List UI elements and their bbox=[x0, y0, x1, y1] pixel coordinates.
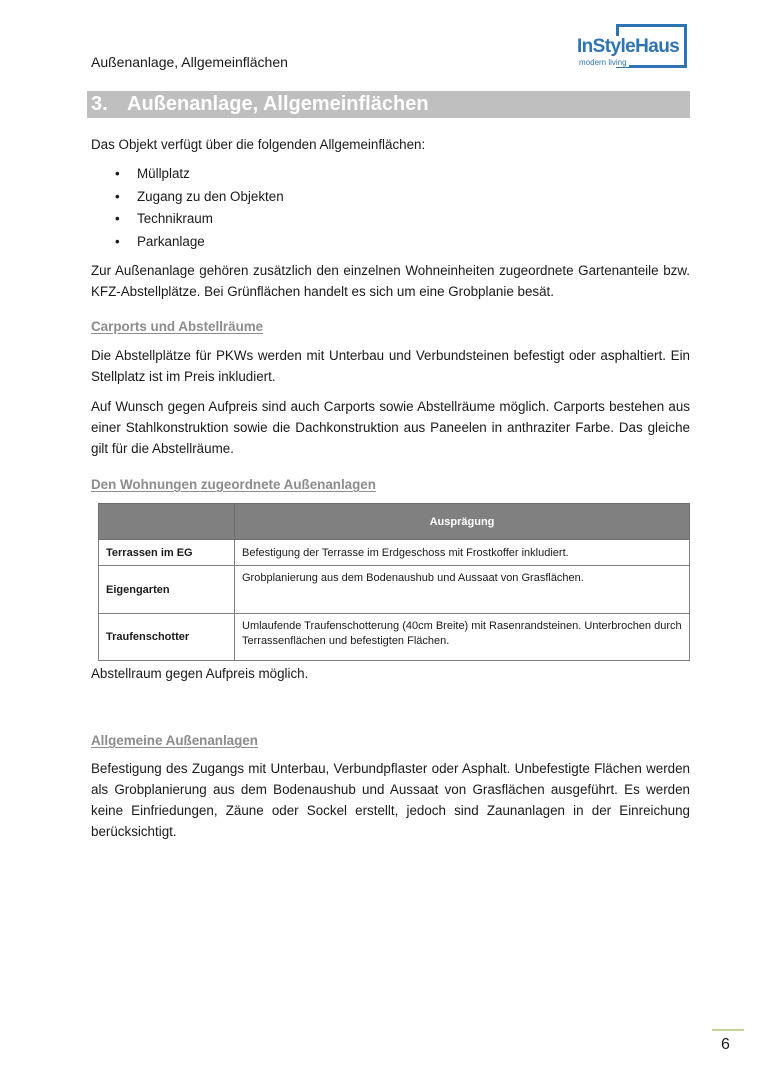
carports-paragraph-2: Auf Wunsch gegen Aufpreis sind auch Carp… bbox=[91, 396, 690, 459]
bullet-icon: • bbox=[115, 186, 120, 208]
garden-paragraph: Zur Außenanlage gehören zusätzlich den e… bbox=[91, 260, 690, 302]
row-value: Befestigung der Terrasse im Erdgeschoss … bbox=[235, 540, 690, 566]
page-number-rule bbox=[712, 1029, 744, 1031]
logo-brand: InStyleHaus bbox=[577, 36, 680, 58]
table-row: Eigengarten Grobplanierung aus dem Boden… bbox=[99, 566, 690, 614]
table-header-cell: Ausprägung bbox=[235, 504, 690, 540]
row-value: Grobplanierung aus dem Bodenaushub und A… bbox=[235, 566, 690, 614]
section-title: Außenanlage, Allgemeinflächen bbox=[127, 93, 429, 116]
logo-brand-part2: Haus bbox=[635, 36, 679, 57]
assigned-heading: Den Wohnungen zugeordnete Außenanlagen bbox=[91, 477, 376, 492]
table-header-row: Ausprägung bbox=[99, 504, 690, 540]
page-number: 6 bbox=[721, 1036, 730, 1054]
bullet-icon: • bbox=[115, 163, 120, 185]
table-row: Terrassen im EG Befestigung der Terrasse… bbox=[99, 540, 690, 566]
row-label: Eigengarten bbox=[99, 566, 235, 614]
intro-text: Das Objekt verfügt über die folgenden Al… bbox=[91, 134, 690, 155]
running-header: Außenanlage, Allgemeinflächen bbox=[91, 54, 288, 70]
table-header-cell bbox=[99, 504, 235, 540]
bullet-icon: • bbox=[115, 208, 120, 230]
instylehaus-logo: InStyleHaus modern living bbox=[573, 24, 691, 72]
outdoor-table: Ausprägung Terrassen im EG Befestigung d… bbox=[98, 503, 690, 661]
logo-tagline: modern living bbox=[579, 58, 629, 67]
carports-paragraph-1: Die Abstellplätze für PKWs werden mit Un… bbox=[91, 345, 690, 387]
storage-note: Abstellraum gegen Aufpreis möglich. bbox=[91, 663, 690, 684]
general-heading: Allgemeine Außenanlagen bbox=[91, 733, 258, 748]
row-label: Traufenschotter bbox=[99, 614, 235, 661]
logo-brand-part1: InStyle bbox=[577, 36, 635, 57]
row-label: Terrassen im EG bbox=[99, 540, 235, 566]
list-item-text: Technikraum bbox=[137, 208, 213, 230]
section-heading: 3. Außenanlage, Allgemeinflächen bbox=[87, 91, 690, 118]
section-number: 3. bbox=[91, 93, 108, 116]
list-item-text: Müllplatz bbox=[137, 163, 190, 185]
table-row: Traufenschotter Umlaufende Traufenschott… bbox=[99, 614, 690, 661]
carports-heading: Carports und Abstellräume bbox=[91, 319, 263, 334]
general-paragraph: Befestigung des Zugangs mit Unterbau, Ve… bbox=[91, 758, 690, 842]
bullet-icon: • bbox=[115, 231, 120, 253]
list-item-text: Zugang zu den Objekten bbox=[137, 186, 284, 208]
logo-frame-edge bbox=[616, 24, 619, 36]
list-item-text: Parkanlage bbox=[137, 231, 205, 253]
row-value: Umlaufende Traufenschotterung (40cm Brei… bbox=[235, 614, 690, 661]
